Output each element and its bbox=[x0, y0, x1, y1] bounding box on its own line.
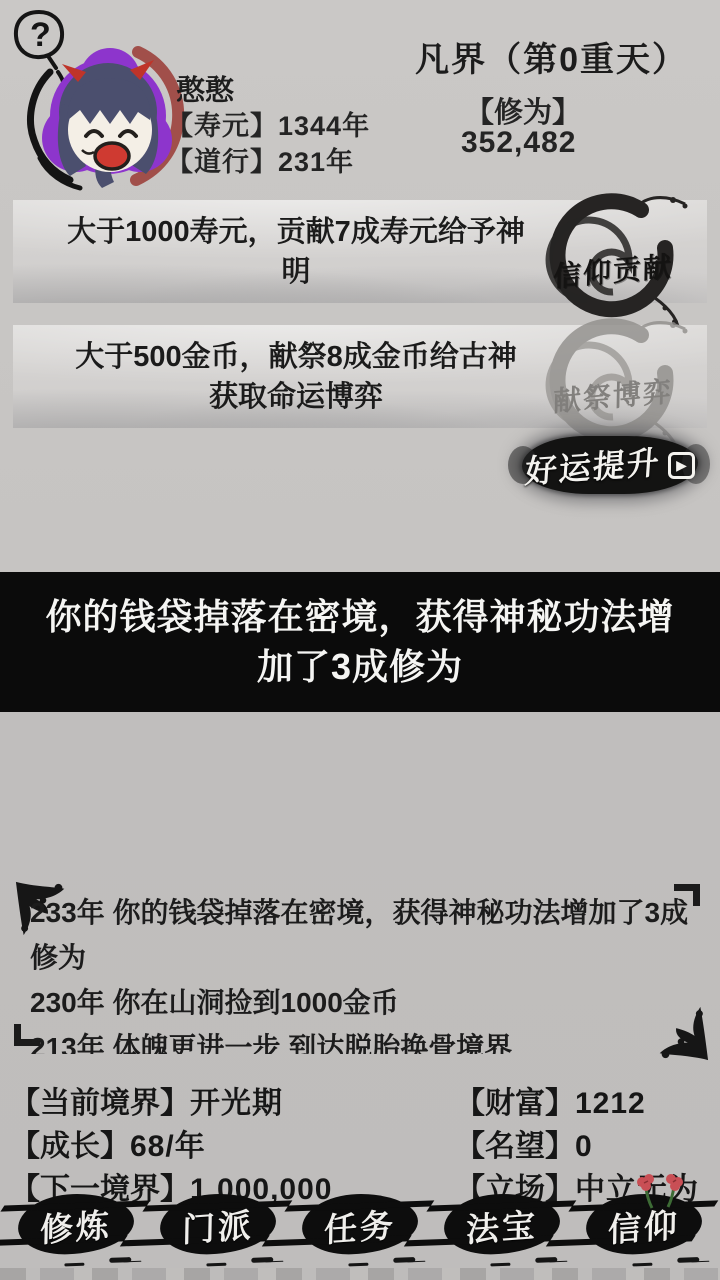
log-entry: 230年 你在山洞捡到1000金币 bbox=[30, 980, 696, 1025]
nav-tasks[interactable]: 任务 bbox=[298, 1192, 422, 1258]
event-toast-banner: 你的钱袋掉落在密境，获得神秘功法增加了3成修为 bbox=[0, 572, 720, 712]
stat-current-realm: 【当前境界】开光期 bbox=[10, 1078, 283, 1122]
log-text: 体魄更进一步 到达脱胎换骨境界 bbox=[113, 1032, 513, 1054]
event-toast-text: 你的钱袋掉落在密境，获得神秘功法增加了3成修为 bbox=[36, 592, 684, 692]
game-screen: ? bbox=[0, 0, 720, 1280]
stat-value: 0 bbox=[575, 1130, 593, 1163]
nav-treasure[interactable]: 法宝 bbox=[440, 1192, 564, 1258]
lifespan-label: 【寿元】 bbox=[166, 111, 278, 141]
log-text: 你的钱袋掉落在密境，获得神秘功法增加了3成修为 bbox=[30, 897, 688, 973]
event-log-panel[interactable]: 233年 你的钱袋掉落在密境，获得神秘功法增加了3成修为 230年 你在山洞捡到… bbox=[8, 876, 712, 1060]
avatar-mouth bbox=[95, 143, 129, 169]
luck-boost-label: 好运提升 bbox=[524, 437, 663, 493]
nav-label: 修炼 bbox=[14, 1188, 139, 1263]
offer-text: 大于1000寿元，贡献7成寿元给予神明 bbox=[61, 200, 531, 303]
bottom-texture-strip bbox=[0, 1268, 720, 1280]
stat-value: 开光期 bbox=[190, 1087, 283, 1120]
daoxing-row: 【道行】231年 bbox=[166, 140, 354, 179]
stat-wealth: 【财富】1212 bbox=[455, 1078, 646, 1122]
stat-label: 【成长】 bbox=[10, 1130, 130, 1163]
nav-sect[interactable]: 门派 bbox=[156, 1192, 280, 1258]
daoxing-label: 【道行】 bbox=[166, 147, 278, 177]
red-flowers-icon bbox=[634, 1170, 686, 1210]
nav-faith[interactable]: 信仰 bbox=[582, 1192, 706, 1258]
nav-label: 法宝 bbox=[440, 1188, 565, 1263]
nav-cultivate[interactable]: 修炼 bbox=[14, 1192, 138, 1258]
bottom-nav: 修炼 门派 任务 法宝 信仰 bbox=[0, 1192, 720, 1264]
stat-value: 1212 bbox=[575, 1087, 646, 1120]
stats-panel: 【当前境界】开光期 【成长】68/年 【下一境界】1,000,000 【财富】1… bbox=[0, 1078, 720, 1190]
log-year: 230年 bbox=[30, 987, 105, 1018]
luck-boost-button[interactable]: 好运提升 ▶ bbox=[522, 436, 698, 494]
stat-label: 【当前境界】 bbox=[10, 1087, 190, 1120]
log-entries: 233年 你的钱袋掉落在密境，获得神秘功法增加了3成修为 230年 你在山洞捡到… bbox=[30, 890, 696, 1054]
character-name: 憨憨 bbox=[176, 68, 234, 109]
stat-growth: 【成长】68/年 bbox=[10, 1121, 206, 1165]
stat-fame: 【名望】0 bbox=[455, 1121, 593, 1165]
lifespan-value: 1344年 bbox=[278, 111, 370, 141]
nav-label: 任务 bbox=[298, 1188, 423, 1263]
log-entry: 213年 体魄更进一步 到达脱胎换骨境界 bbox=[30, 1025, 696, 1054]
offer-text: 大于500金币，献祭8成金币给古神获取命运博弈 bbox=[61, 325, 531, 428]
realm-title: 凡界（第0重天） bbox=[415, 32, 688, 81]
offer-panel-lifespan: 大于1000寿元，贡献7成寿元给予神明 信仰贡献 bbox=[13, 200, 707, 303]
cultivation-value: 352,482 bbox=[461, 126, 576, 160]
daoxing-value: 231年 bbox=[278, 147, 354, 177]
play-video-icon: ▶ bbox=[668, 452, 695, 479]
cultivation-label: 【修为】 bbox=[465, 90, 581, 131]
log-entry: 233年 你的钱袋掉落在密境，获得神秘功法增加了3成修为 bbox=[30, 890, 696, 980]
log-year: 233年 bbox=[30, 897, 105, 928]
stat-label: 【名望】 bbox=[455, 1130, 575, 1163]
lifespan-row: 【寿元】1344年 bbox=[166, 104, 370, 143]
stat-value: 68/年 bbox=[130, 1130, 206, 1163]
offer-panel-gold: 大于500金币，献祭8成金币给古神获取命运博弈 献祭博弈 bbox=[13, 325, 707, 428]
log-text: 你在山洞捡到1000金币 bbox=[113, 987, 399, 1018]
stat-label: 【财富】 bbox=[455, 1087, 575, 1120]
nav-label: 门派 bbox=[156, 1188, 281, 1263]
log-year: 213年 bbox=[30, 1032, 105, 1054]
